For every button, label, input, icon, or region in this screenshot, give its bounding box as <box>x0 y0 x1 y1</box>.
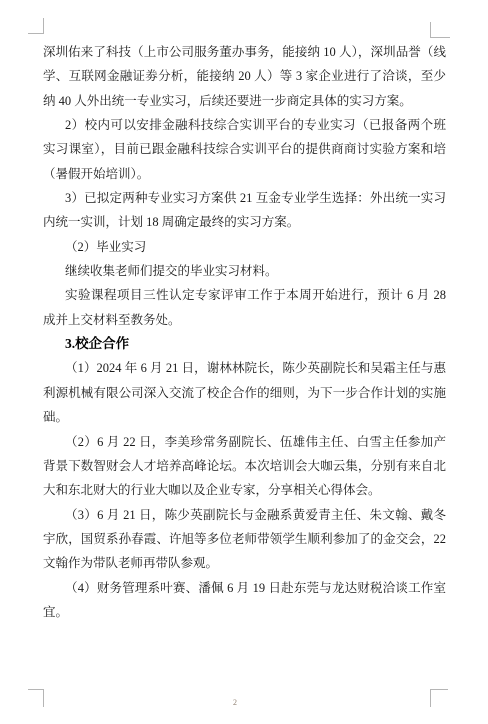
crop-mark-top-right <box>430 22 450 38</box>
text-line: 成并上交材料至教务处。 <box>43 308 446 332</box>
text-line: 大和东北财大的行业大咖以及企业专家，分享相关心得体会。 <box>43 478 446 502</box>
text-line: （暑假开始培训）。 <box>43 162 446 186</box>
text-line: 内统一实训，计划 18 周确定最终的实习方案。 <box>43 210 446 234</box>
text-line: 深圳佑来了科技（上市公司服务董办事务，能接纳 10 人），深圳品誉（线上教 <box>43 40 446 64</box>
text-line: 学、互联网金融证劵分析，能接纳 20 人）等 3 家企业进行了洽谈，至少能够接 <box>43 64 446 88</box>
text-line: （2）毕业实习 <box>43 235 446 259</box>
text-line: （2）6 月 22 日，李美珍常务副院长、伍雄伟主任、白雪主任参加产教融合 <box>43 430 446 454</box>
text-line: （1）2024 年 6 月 21 日，谢林林院长，陈少英副院长和吴霜主任与惠州富 <box>43 356 446 380</box>
text-line: 纳 40 人外出统一专业实习，后续还要进一步商定具体的实习方案。 <box>43 89 446 113</box>
text-line: （3）6 月 21 日，陈少英副院长与金融系黄爱青主任、朱文翰、戴冬歌、李 <box>43 503 446 527</box>
text-line: 继续收集老师们提交的毕业实习材料。 <box>43 259 446 283</box>
text-line: 宇欣，国贸系孙春霞、许旭等多位老师带领学生顺利参加了的金交会，22 日朱 <box>43 527 446 551</box>
text-line: 利源机械有限公司深入交流了校企合作的细则，为下一步合作计划的实施奠定基 <box>43 381 446 405</box>
text-line: 文翰作为带队老师再带队参观。 <box>43 551 446 575</box>
text-line: 实习课室），目前已跟金融科技综合实训平台的提供商商讨实验方案和培训时间 <box>43 137 446 161</box>
text-line: （4）财务管理系叶赛、潘佩 6 月 19 日赴东莞与龙达财税洽谈工作室合作事 <box>43 576 446 600</box>
text-line: 础。 <box>43 405 446 429</box>
text-line: 实验课程项目三性认定专家评审工作于本周开始进行，预计 6 月 28 日前完 <box>43 283 446 307</box>
document-page: 深圳佑来了科技（上市公司服务董办事务，能接纳 10 人），深圳品誉（线上教 学、… <box>0 0 488 724</box>
section-heading: 3.校企合作 <box>43 332 446 356</box>
text-line: 宜。 <box>43 600 446 624</box>
document-body: 深圳佑来了科技（上市公司服务董办事务，能接纳 10 人），深圳品誉（线上教 学、… <box>43 40 446 624</box>
text-line: 2）校内可以安排金融科技综合实训平台的专业实习（已报备两个班的专业 <box>43 113 446 137</box>
crop-mark-top-left <box>28 18 44 34</box>
page-number: 2 <box>0 698 470 707</box>
text-line: 背景下数智财会人才培养高峰论坛。本次培训会大咖云集，分别有来自北大、厦 <box>43 454 446 478</box>
text-line: 3）已拟定两种专业实习方案供 21 互金专业学生选择：外出统一实习还是校 <box>43 186 446 210</box>
